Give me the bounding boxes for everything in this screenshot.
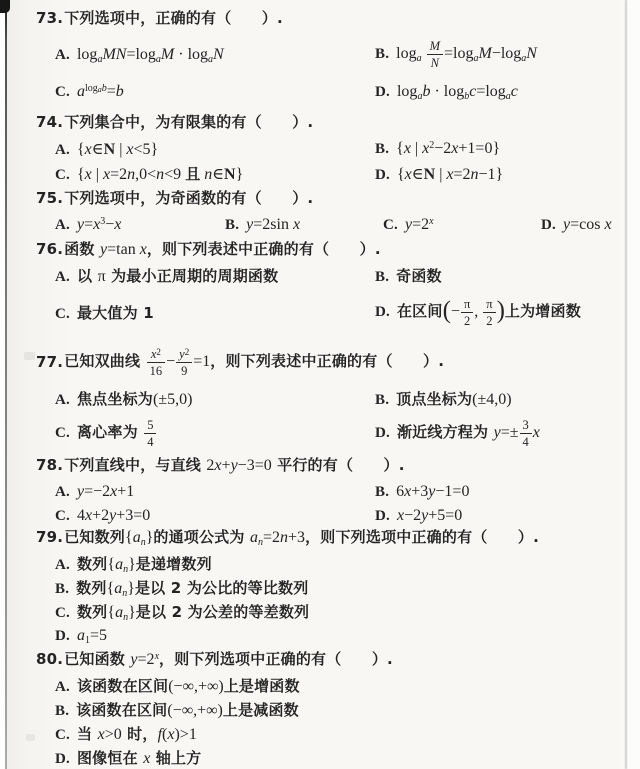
question-73-options-row-2: C.alogab=b D.logab · logbc=logac <box>0 76 640 106</box>
question-80-options-row-1: A.该函数在区间(−∞,+∞)上是增函数 <box>0 673 640 697</box>
option-80-A-label: A. <box>55 679 70 695</box>
question-list: 73.下列选项中，正确的有（ ）. A.logaMN=logaM · logaN… <box>0 0 640 769</box>
option-73-B-text: loga MN=logaM−logaN <box>396 44 537 62</box>
question-77: 77.已知双曲线 x216−y29=1，则下列表述中正确的有（ ）. A.焦点坐… <box>0 342 640 455</box>
option-73-C: C.alogab=b <box>55 82 375 101</box>
question-74: 74.下列集合中，为有限集的有（ ）. A.{x∈N | x<5} B.{x |… <box>0 112 640 186</box>
option-73-A-label: A. <box>55 47 70 63</box>
option-80-A: A.该函数在区间(−∞,+∞)上是增函数 <box>55 675 300 696</box>
option-77-B-text: 顶点坐标为(±4,0) <box>396 390 511 408</box>
option-77-C: C.离心率为 54 <box>55 418 375 449</box>
option-73-C-label: C. <box>55 84 70 100</box>
scanned-exam-page: 73.下列选项中，正确的有（ ）. A.logaMN=logaM · logaN… <box>0 0 640 769</box>
option-75-D-text: y=cos x <box>563 215 612 233</box>
option-74-D-label: D. <box>375 167 390 183</box>
option-75-A-text: y=x3−x <box>77 215 121 233</box>
option-79-C-text: 数列{an}是以 2 为公差的等差数列 <box>77 603 309 621</box>
question-78-options-row-2: C.4x+2y+3=0 D.x−2y+5=0 <box>0 503 640 527</box>
option-74-B: B.{x | x2−2x+1=0} <box>375 139 500 158</box>
option-74-A-label: A. <box>55 142 70 158</box>
option-77-B-label: B. <box>375 392 389 408</box>
option-80-C: C.当 x>0 时，f(x)>1 <box>55 723 197 744</box>
question-77-stem: 77.已知双曲线 x216−y29=1，则下列表述中正确的有（ ）. <box>0 342 640 382</box>
option-74-A: A.{x∈N | x<5} <box>55 139 375 159</box>
option-78-D: D.x−2y+5=0 <box>375 506 462 525</box>
option-80-B-label: B. <box>55 703 69 719</box>
option-79-D-label: D. <box>55 628 70 644</box>
question-74-options-row-2: C.{x | x=2n,0<n<9 且 n∈N} D.{x∈N | x=2n−1… <box>0 161 640 186</box>
option-75-C-label: C. <box>383 217 398 233</box>
option-78-B-label: B. <box>375 484 389 500</box>
option-73-B-label: B. <box>375 46 389 62</box>
option-80-C-text: 当 x>0 时，f(x)>1 <box>77 725 197 743</box>
option-80-A-text: 该函数在区间(−∞,+∞)上是增函数 <box>77 677 300 695</box>
question-76-options-row-1: A.以 π 为最小正周期的周期函数 B.奇函数 <box>0 263 640 288</box>
question-77-stem-text: 已知双曲线 x216−y29=1，则下列表述中正确的有（ ）. <box>64 347 444 378</box>
option-80-D-text: 图像恒在 x 轴上方 <box>77 749 201 767</box>
question-73-stem-text: 下列选项中，正确的有（ ）. <box>64 9 283 27</box>
option-78-C-text: 4x+2y+3=0 <box>77 506 150 524</box>
question-80-stem-text: 已知函数 y=2x，则下列选项中正确的有（ ）. <box>64 650 393 668</box>
option-77-C-text: 离心率为 54 <box>77 423 157 441</box>
option-76-A: A.以 π 为最小正周期的周期函数 <box>55 265 375 286</box>
question-79-options-row-2: B.数列{an}是以 2 为公比的等比数列 <box>0 575 640 599</box>
question-80-options-row-3: C.当 x>0 时，f(x)>1 <box>0 721 640 745</box>
option-80-D: D.图像恒在 x 轴上方 <box>55 747 201 768</box>
option-76-A-label: A. <box>55 269 70 285</box>
option-76-A-text: 以 π 为最小正周期的周期函数 <box>77 267 278 285</box>
question-76: 76.函数 y=tan x，则下列表述中正确的有（ ）. A.以 π 为最小正周… <box>0 239 640 336</box>
question-76-number: 76. <box>36 240 63 258</box>
option-77-B: B.顶点坐标为(±4,0) <box>375 388 512 409</box>
question-74-stem-text: 下列集合中，为有限集的有（ ）. <box>64 113 313 131</box>
question-76-stem-text: 函数 y=tan x，则下列表述中正确的有（ ）. <box>64 240 381 258</box>
question-79-options-row-4: D.a1=5 <box>0 623 640 647</box>
question-76-options-row-2: C.最大值为 1 D.在区间(−π2, π2)上为增函数 <box>0 288 640 336</box>
option-75-C: C.y=2x <box>383 215 541 234</box>
question-75-options-row: A.y=x3−x B.y=2sin x C.y=2x D.y=cos x <box>0 212 640 237</box>
question-80: 80.已知函数 y=2x，则下列选项中正确的有（ ）. A.该函数在区间(−∞,… <box>0 649 640 769</box>
question-75-number: 75. <box>36 189 63 207</box>
option-78-D-label: D. <box>375 508 390 524</box>
option-73-D-label: D. <box>375 84 390 100</box>
option-77-D-text: 渐近线方程为 y=±34x <box>397 423 540 441</box>
option-74-C-label: C. <box>55 167 70 183</box>
option-73-D: D.logab · logbc=logac <box>375 82 518 101</box>
option-76-C-text: 最大值为 1 <box>77 304 154 322</box>
option-73-A-text: logaMN=logaM · logaN <box>77 45 224 63</box>
option-75-A-label: A. <box>55 217 70 233</box>
option-79-C: C.数列{an}是以 2 为公差的等差数列 <box>55 601 309 622</box>
question-73-stem: 73.下列选项中，正确的有（ ）. <box>0 8 640 29</box>
question-75-stem-text: 下列选项中，为奇函数的有（ ）. <box>64 189 313 207</box>
question-79: 79.已知数列{an}的通项公式为 an=2n+3，则下列选项中正确的有（ ）.… <box>0 527 640 647</box>
option-76-B: B.奇函数 <box>375 265 442 286</box>
option-79-B-text: 数列{an}是以 2 为公比的等比数列 <box>76 579 308 597</box>
option-76-D-text: 在区间(−π2, π2)上为增函数 <box>397 302 581 320</box>
option-76-B-text: 奇函数 <box>396 267 442 285</box>
question-79-stem-text: 已知数列{an}的通项公式为 an=2n+3，则下列选项中正确的有（ ）. <box>64 528 539 546</box>
question-79-number: 79. <box>36 528 63 546</box>
option-76-D: D.在区间(−π2, π2)上为增函数 <box>375 297 581 328</box>
option-74-C-text: {x | x=2n,0<n<9 且 n∈N} <box>77 165 243 183</box>
question-74-stem: 74.下列集合中，为有限集的有（ ）. <box>0 112 640 133</box>
option-80-B-text: 该函数在区间(−∞,+∞)上是减函数 <box>76 701 299 719</box>
option-79-B-label: B. <box>55 581 69 597</box>
option-77-D: D.渐近线方程为 y=±34x <box>375 418 540 449</box>
option-77-A: A.焦点坐标为(±5,0) <box>55 388 375 409</box>
option-74-D-text: {x∈N | x=2n−1} <box>397 165 503 183</box>
option-74-B-label: B. <box>375 141 389 157</box>
option-73-B: B.loga MN=logaM−logaN <box>375 39 537 70</box>
question-78-stem-text: 下列直线中，与直线 2x+y−3=0 平行的有（ ）. <box>64 456 404 474</box>
option-74-C: C.{x | x=2n,0<n<9 且 n∈N} <box>55 163 375 184</box>
question-80-stem: 80.已知函数 y=2x，则下列选项中正确的有（ ）. <box>0 649 640 670</box>
question-75-stem: 75.下列选项中，为奇函数的有（ ）. <box>0 188 640 209</box>
option-79-D-text: a1=5 <box>77 626 107 644</box>
option-77-A-text: 焦点坐标为(±5,0) <box>77 390 192 408</box>
option-78-A-label: A. <box>55 484 70 500</box>
question-73-number: 73. <box>36 9 63 27</box>
option-75-D-label: D. <box>541 217 556 233</box>
option-75-B: B.y=2sin x <box>225 215 383 234</box>
question-79-options-row-1: A.数列{an}是递增数列 <box>0 551 640 575</box>
option-79-A-label: A. <box>55 557 70 573</box>
option-79-C-label: C. <box>55 605 70 621</box>
option-79-B: B.数列{an}是以 2 为公比的等比数列 <box>55 577 308 598</box>
option-78-B: B.6x+3y−1=0 <box>375 482 469 501</box>
option-73-D-text: logab · logbc=logac <box>397 82 518 100</box>
option-77-C-label: C. <box>55 425 70 441</box>
option-78-C-label: C. <box>55 508 70 524</box>
question-79-stem: 79.已知数列{an}的通项公式为 an=2n+3，则下列选项中正确的有（ ）. <box>0 527 640 548</box>
option-78-C: C.4x+2y+3=0 <box>55 506 375 525</box>
option-77-A-label: A. <box>55 392 70 408</box>
question-73-options-row-1: A.logaMN=logaM · logaN B.loga MN=logaM−l… <box>0 32 640 76</box>
question-76-stem: 76.函数 y=tan x，则下列表述中正确的有（ ）. <box>0 239 640 260</box>
option-75-A: A.y=x3−x <box>55 215 225 234</box>
option-78-B-text: 6x+3y−1=0 <box>396 482 469 500</box>
question-73: 73.下列选项中，正确的有（ ）. A.logaMN=logaM · logaN… <box>0 8 640 106</box>
option-78-A-text: y=−2x+1 <box>77 482 134 500</box>
option-74-A-text: {x∈N | x<5} <box>77 140 158 158</box>
option-80-C-label: C. <box>55 727 70 743</box>
question-77-options-row-1: A.焦点坐标为(±5,0) B.顶点坐标为(±4,0) <box>0 385 640 411</box>
question-75: 75.下列选项中，为奇函数的有（ ）. A.y=x3−x B.y=2sin x … <box>0 188 640 237</box>
option-80-D-label: D. <box>55 751 70 767</box>
option-74-B-text: {x | x2−2x+1=0} <box>396 139 500 157</box>
option-78-A: A.y=−2x+1 <box>55 482 375 501</box>
question-80-options-row-2: B.该函数在区间(−∞,+∞)上是减函数 <box>0 697 640 721</box>
question-79-options-row-3: C.数列{an}是以 2 为公差的等差数列 <box>0 599 640 623</box>
option-77-D-label: D. <box>375 425 390 441</box>
question-74-options-row-1: A.{x∈N | x<5} B.{x | x2−2x+1=0} <box>0 136 640 161</box>
question-80-options-row-4: D.图像恒在 x 轴上方 <box>0 745 640 769</box>
option-79-A-text: 数列{an}是递增数列 <box>77 555 212 573</box>
question-78: 78.下列直线中，与直线 2x+y−3=0 平行的有（ ）. A.y=−2x+1… <box>0 455 640 527</box>
question-78-stem: 78.下列直线中，与直线 2x+y−3=0 平行的有（ ）. <box>0 455 640 476</box>
question-77-number: 77. <box>36 352 63 373</box>
option-76-C: C.最大值为 1 <box>55 302 375 323</box>
option-73-C-text: alogab=b <box>77 82 124 100</box>
option-75-C-text: y=2x <box>405 215 434 233</box>
option-73-A: A.logaMN=logaM · logaN <box>55 45 375 64</box>
question-74-number: 74. <box>36 113 63 131</box>
option-75-B-text: y=2sin x <box>246 215 300 233</box>
question-77-options-row-2: C.离心率为 54 D.渐近线方程为 y=±34x <box>0 411 640 455</box>
option-80-B: B.该函数在区间(−∞,+∞)上是减函数 <box>55 699 299 720</box>
option-74-D: D.{x∈N | x=2n−1} <box>375 164 503 184</box>
option-76-C-label: C. <box>55 306 70 322</box>
option-79-A: A.数列{an}是递增数列 <box>55 553 212 574</box>
question-80-number: 80. <box>36 650 63 668</box>
option-75-D: D.y=cos x <box>541 215 612 234</box>
question-78-number: 78. <box>36 456 63 474</box>
option-76-B-label: B. <box>375 269 389 285</box>
option-79-D: D.a1=5 <box>55 626 107 645</box>
question-78-options-row-1: A.y=−2x+1 B.6x+3y−1=0 <box>0 479 640 503</box>
option-78-D-text: x−2y+5=0 <box>397 506 462 524</box>
option-76-D-label: D. <box>375 304 390 320</box>
option-75-B-label: B. <box>225 217 239 233</box>
